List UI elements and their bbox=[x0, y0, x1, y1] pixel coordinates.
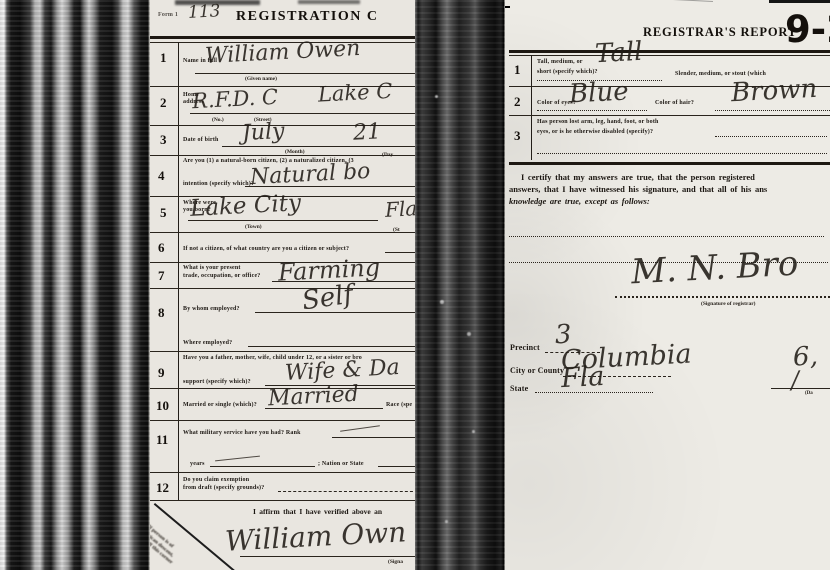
row11-label-years: years bbox=[190, 461, 205, 467]
report-row2-eyes-handwritten: Blue bbox=[568, 76, 629, 109]
certification-text: knowledge are true, except as follows: bbox=[509, 196, 650, 206]
row9-dependents-handwritten: Wife & Da bbox=[284, 355, 400, 386]
row3-sublabel-month: (Month) bbox=[285, 149, 305, 155]
certification-text: I certify that my answers are true, that… bbox=[521, 172, 755, 182]
row3-label: Date of birth bbox=[183, 137, 219, 143]
rule bbox=[509, 162, 830, 165]
row8-label: By whom employed? bbox=[183, 306, 240, 312]
registrant-signature-handwritten: William Own bbox=[224, 515, 407, 557]
report-row3-label: Has person lost arm, leg, hand, foot, or… bbox=[537, 119, 659, 125]
row6-label: If not a citizen, of what country are yo… bbox=[183, 246, 349, 252]
answer-line bbox=[378, 466, 418, 467]
report-series-number: 9-2 bbox=[785, 8, 830, 51]
row-line bbox=[150, 155, 418, 156]
form-number-handwritten: 113 bbox=[187, 1, 220, 23]
answer-line bbox=[537, 153, 827, 154]
row11-number: 11 bbox=[156, 432, 168, 448]
answer-line bbox=[190, 113, 418, 114]
date-slash-handwritten: / bbox=[790, 366, 800, 394]
report-row1-label: short (specify which)? bbox=[537, 69, 598, 75]
row1-sublabel: (Given name) bbox=[245, 76, 277, 82]
row4-label: intention (specify which)? bbox=[183, 181, 254, 187]
signature-line bbox=[615, 296, 830, 298]
row5-number: 5 bbox=[160, 205, 167, 221]
answer-line bbox=[332, 437, 418, 438]
row-line bbox=[509, 115, 830, 116]
row2-address-handwritten: R.F.D. C Lake C bbox=[192, 79, 393, 113]
report-row1-height-handwritten: Tall bbox=[594, 37, 643, 69]
registration-card-title: REGISTRATION C bbox=[236, 9, 379, 25]
registrars-report-title: REGISTRAR'S REPORT bbox=[643, 25, 797, 40]
date-sublabel: (Da bbox=[805, 391, 813, 396]
row9-label: support (specify which)? bbox=[183, 379, 251, 385]
row6-number: 6 bbox=[158, 240, 165, 256]
scan-artifact bbox=[298, 0, 360, 4]
registration-card: Form 1 113 REGISTRATION C 1 Name in full… bbox=[150, 0, 418, 570]
county-label: City or County bbox=[510, 366, 564, 375]
rule bbox=[150, 36, 418, 39]
state-label: State bbox=[510, 384, 528, 393]
scan-artifact bbox=[769, 0, 830, 3]
signature-sublabel: (Signa bbox=[388, 559, 403, 565]
row5-sublabel-state: (St bbox=[393, 227, 400, 233]
row1-name-handwritten: William Owen bbox=[204, 36, 361, 69]
row8-number: 8 bbox=[158, 305, 165, 321]
answer-line bbox=[265, 408, 383, 409]
registrar-signature-sublabel: (Signature of registrar) bbox=[701, 301, 755, 307]
scan-artifact bbox=[673, 0, 713, 2]
row11-label-nation: ; Nation or State bbox=[318, 461, 364, 467]
answer-line bbox=[385, 252, 418, 253]
row12-label: from draft (specify grounds)? bbox=[183, 485, 264, 491]
row-line bbox=[150, 472, 418, 473]
report-row3-number: 3 bbox=[514, 128, 521, 144]
certification-text: answers, that I have witnessed his signa… bbox=[509, 184, 767, 194]
answer-line bbox=[248, 346, 418, 347]
report-row2-hair-label: Color of hair? bbox=[655, 100, 694, 106]
row5-state-handwritten: Fla bbox=[384, 196, 417, 222]
registrars-report: REGISTRAR'S REPORT 9-2 1 Tall, medium, o… bbox=[503, 0, 830, 570]
answer-line bbox=[535, 392, 653, 393]
row3-day-handwritten: 21 bbox=[352, 119, 381, 145]
row-line bbox=[150, 351, 418, 352]
row8-employer-handwritten: Self bbox=[300, 280, 355, 317]
row10-label: Married or single (which)? bbox=[183, 402, 257, 408]
answer-line bbox=[278, 491, 418, 492]
row3-sublabel-day: (Day bbox=[382, 152, 393, 158]
row3-number: 3 bbox=[160, 132, 167, 148]
answer-line bbox=[245, 186, 418, 187]
report-row1-label: Tall, medium, or bbox=[537, 59, 583, 65]
number-column-line bbox=[531, 55, 532, 160]
state-value-handwritten: Fla bbox=[560, 361, 605, 394]
affirmation-text: I affirm that I have verified above an bbox=[253, 507, 382, 516]
row9-number: 9 bbox=[158, 365, 165, 381]
row-line bbox=[150, 500, 418, 501]
signature-line bbox=[240, 556, 418, 557]
row12-number: 12 bbox=[156, 480, 169, 496]
row8-label2: Where employed? bbox=[183, 340, 232, 346]
row10-marital-handwritten: Married bbox=[267, 382, 359, 412]
answer-line bbox=[188, 220, 378, 221]
rule bbox=[509, 55, 830, 56]
film-fold-band bbox=[415, 0, 505, 570]
blank-line bbox=[509, 236, 824, 237]
date-line bbox=[771, 388, 830, 389]
scanned-draft-registration-document: Form 1 113 REGISTRATION C 1 Name in full… bbox=[0, 0, 830, 570]
row-line bbox=[150, 232, 418, 233]
row7-number: 7 bbox=[158, 268, 165, 284]
row3-month-handwritten: July bbox=[241, 119, 285, 146]
form-label: Form 1 bbox=[158, 12, 178, 18]
registrar-signature-handwritten: M. N. Bro bbox=[630, 244, 799, 293]
rule bbox=[509, 50, 830, 53]
row10-race-label: Race (spe bbox=[386, 402, 412, 408]
row11-label: What military service have you had? Rank bbox=[183, 430, 301, 436]
row10-number: 10 bbox=[156, 398, 169, 414]
row-line bbox=[150, 288, 418, 289]
number-column-line bbox=[178, 42, 179, 500]
answer-line bbox=[195, 73, 418, 74]
row2-sublabel-no: (No.) bbox=[212, 117, 224, 123]
row5-sublabel-town: (Town) bbox=[245, 224, 262, 230]
report-row2-number: 2 bbox=[514, 94, 521, 110]
row7-label: trade, occupation, or office? bbox=[183, 273, 261, 279]
answer-line bbox=[255, 312, 418, 313]
report-row3-label: eyes, or is he otherwise disabled (speci… bbox=[537, 129, 653, 135]
film-strip-edge bbox=[0, 0, 150, 570]
answer-line bbox=[222, 146, 418, 147]
precinct-label: Precinct bbox=[510, 343, 540, 352]
answer-line bbox=[715, 110, 830, 111]
report-row1-number: 1 bbox=[514, 62, 521, 78]
answer-line bbox=[210, 466, 315, 467]
row1-number: 1 bbox=[160, 50, 167, 66]
row5-birthplace-handwritten: Lake City bbox=[189, 190, 301, 222]
handwritten-stroke bbox=[340, 425, 380, 432]
handwritten-stroke bbox=[215, 456, 260, 462]
row7-label: What is your present bbox=[183, 265, 241, 271]
answer-line bbox=[537, 110, 647, 111]
row2-number: 2 bbox=[160, 95, 167, 111]
answer-line bbox=[715, 136, 827, 137]
report-row2-hair-handwritten: Brown bbox=[730, 74, 818, 108]
row4-number: 4 bbox=[158, 168, 165, 184]
row12-label: Do you claim exemption bbox=[183, 477, 249, 483]
row-line bbox=[150, 420, 418, 421]
